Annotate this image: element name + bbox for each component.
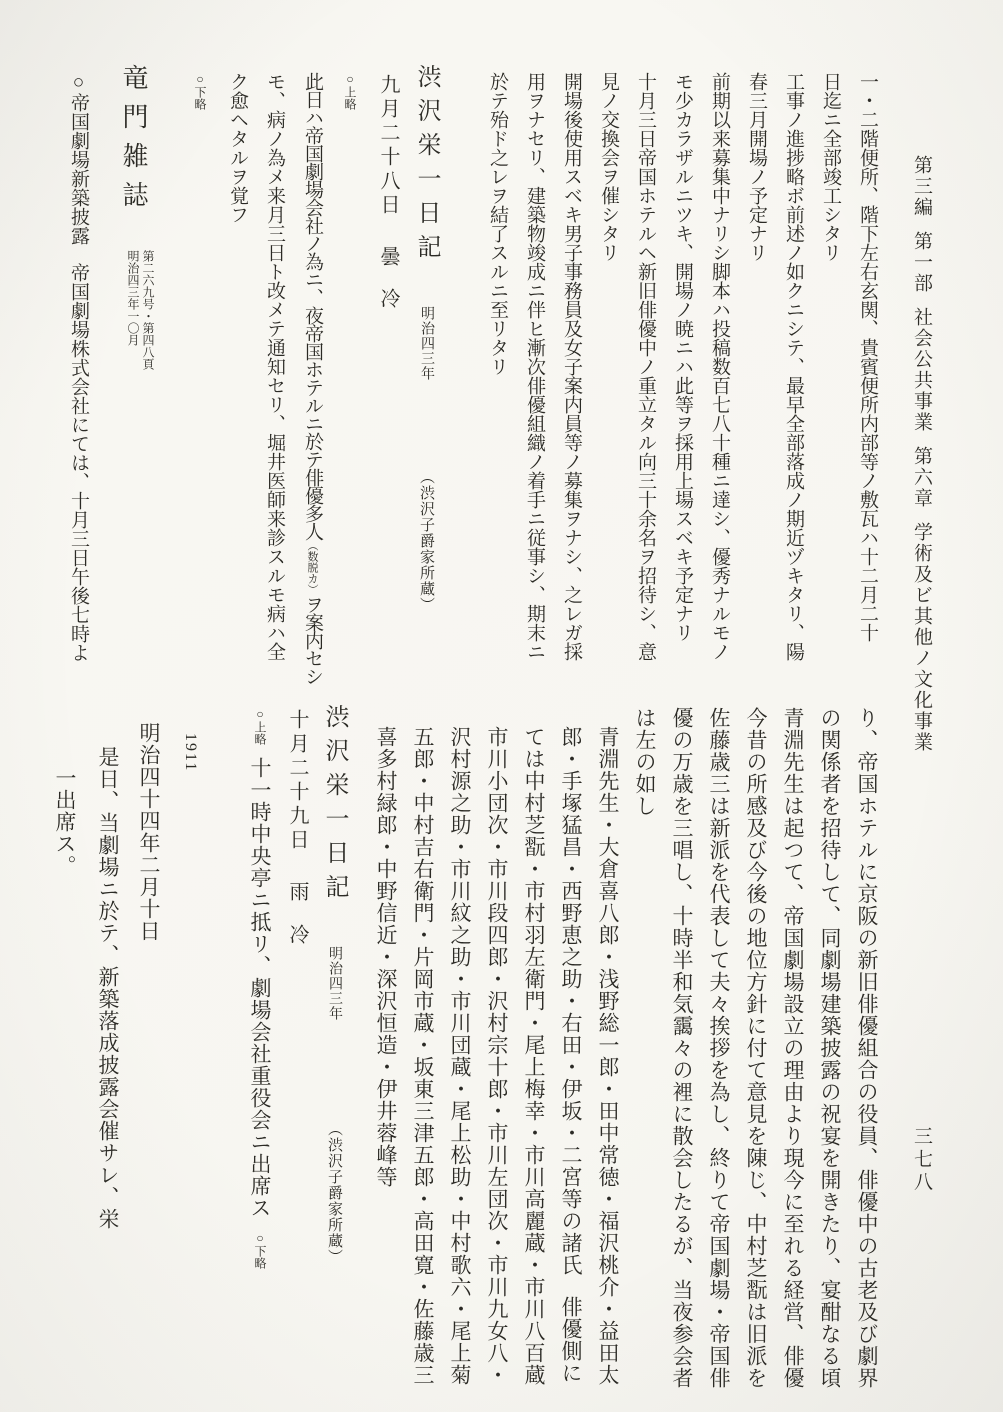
lower-text-block: り、帝国ホテルに京阪の新旧俳優組合の役員、俳優中の古老及び劇界 の関係者を招待し… — [46, 704, 885, 1404]
text-column: モ、病ノ為メ来月三日ト改メテ通知セリ、堀井医師来診スルモ病ハ全 — [256, 64, 293, 689]
section-label: 第一部 — [911, 231, 932, 294]
attendee-list-column: 郎・手塚猛昌・西野恵之助・右田・伊坂・二宮等の諸氏俳優側に — [552, 704, 589, 1404]
weather-note: 曇 — [377, 246, 399, 266]
diary-date: 九月二十八日 — [377, 74, 399, 218]
attendee-list-column: 青淵先生・大倉喜八郎・浅野総一郎・田中常徳・福沢桃介・益田太 — [589, 704, 626, 1404]
chapter-header-line: 第三編第一部社会公共事業第六章学術及ビ其他ノ文化事業 — [903, 155, 940, 753]
diary-source-note: （渋沢子爵家所蔵） — [326, 1121, 342, 1265]
weather-note: 雨 — [286, 881, 308, 902]
article-body: 帝国劇場株式会社にては、十月三日午後七時よ — [68, 263, 89, 662]
publication-year: 1911 — [182, 733, 199, 772]
chapter-header: 第三編第一部社会公共事業第六章学術及ビ其他ノ文化事業 — [903, 155, 940, 753]
attendee-list-column: 五郎・中村吉右衛門・片岡市蔵・坂東三津五郎・高田寛・佐藤歳三 — [404, 704, 441, 1404]
ellipsis-lower-mark: ○下略 — [253, 1231, 267, 1269]
diary-date-column: 十月二十九日雨冷 — [278, 704, 315, 1404]
attendee-list-text: 郎・手塚猛昌・西野恵之助・右田・伊坂・二宮等の諸氏 — [559, 726, 583, 1276]
weather-note: 冷 — [377, 288, 399, 308]
scanned-book-page: 第三編第一部社会公共事業第六章学術及ビ其他ノ文化事業 三七八 一・二階便所、階下… — [0, 0, 1003, 1412]
upper-text-block: 一・二階便所、階下左右玄関、貴賓便所内部等ノ敷瓦ハ十二月二十 日迄ニ全部竣工シタ… — [60, 64, 886, 689]
text-column: 前期以来募集中ナリシ脚本ハ投稿数百七八十種ニ達シ、優秀ナルモノ — [701, 64, 738, 689]
text-column: 十月三日帝国ホテルヘ新旧俳優中ノ重立タル向三十余名ヲ招待シ、意 — [627, 64, 664, 689]
diary-heading-column: 渋沢栄一日記明治四三年（渋沢子爵家所蔵） — [407, 64, 445, 689]
diary-source-note: （渋沢子爵家所蔵） — [418, 469, 434, 613]
text-column: 佐藤歳三は新派を代表して夫々挨拶を為し、終りて帝国劇場・帝国俳 — [700, 704, 737, 1404]
text-column: 一出席ス。 — [46, 704, 83, 1404]
diary-entry-column: 此日ハ帝国劇場会社ノ為ニ、夜帝国ホテルニ於テ俳優多人（数脱カ）ヲ案内セシ — [293, 64, 331, 689]
chapter-label: 第六章 — [911, 446, 932, 509]
attendee-list-column: 沢村源之助・市川紋之助・市川団蔵・尾上松助・中村歌六・尾上菊 — [441, 704, 478, 1404]
diary-date-column: 九月二十八日曇冷 — [369, 64, 407, 689]
page-number: 三七八 — [903, 1126, 940, 1195]
attendee-list-column: 喜多村緑郎・中野信近・深沢恒造・伊井蓉峰等 — [367, 704, 404, 1404]
diary-title: 渋沢栄一日記 — [413, 64, 439, 268]
diary-entry-column: ○上略十一時中央亭ニ抵リ、劇場会社重役会ニ出席ス○下略 — [241, 704, 278, 1404]
date-line-column: 明治四十四年二月十日 — [130, 704, 167, 1404]
text-column: 開場後使用スベキ男子事務員及女子案内員等ノ募集ヲナシ、之レガ採 — [553, 64, 590, 689]
text-column: 見ノ交換会ヲ催シタリ — [590, 64, 627, 689]
text-column: 用ヲナセリ、建築物竣成ニ伴ヒ漸次俳優組織ノ着手ニ従事シ、期末ニ — [516, 64, 553, 689]
text-column: り、帝国ホテルに京阪の新旧俳優組合の役員、俳優中の古老及び劇界 — [848, 704, 885, 1404]
diary-era-note: 明治四三年 — [327, 946, 342, 1021]
ellipsis-upper-mark: ○上略 — [253, 707, 267, 745]
text-column: 是日、当劇場ニ於テ、新築落成披露会催サレ、栄 — [89, 704, 126, 1404]
text-column: の関係者を招待して、同劇場建築披露の祝宴を開きたり、宴酣なる頃 — [811, 704, 848, 1404]
diary-title: 渋沢栄一日記 — [321, 704, 347, 908]
magazine-issue-note: 第二六九号・第四八頁 — [140, 250, 155, 370]
text-column: 工事ノ進捗略ボ前述ノ如クニシテ、最早全部落成ノ期近ヅキタリ、陽 — [775, 64, 812, 689]
text-column: 一・二階便所、階下左右玄関、貴賓便所内部等ノ敷瓦ハ十二月二十 — [849, 64, 886, 689]
warichu-note: （数脱カ） — [306, 540, 318, 595]
weather-note: 冷 — [286, 924, 308, 945]
text-column: 今昔の所感及び今後の地位方針に付て意見を陳じ、中村芝翫は旧派を — [737, 704, 774, 1404]
text-column: 優の万歳を三唱し、十時半和気靄々の裡に散会したるが、当夜参会者 — [663, 704, 700, 1404]
attendee-list-column: ては中村芝翫・市村羽左衛門・尾上梅幸・市川高麗蔵・市川八百蔵 — [515, 704, 552, 1404]
ellipsis-upper-mark: ○上略 — [343, 72, 357, 110]
ellipsis-lower-column: ○下略 — [181, 64, 219, 689]
year-column: 1911 — [171, 704, 209, 1404]
magazine-date-note: 明治四三年一〇月 — [125, 250, 140, 370]
diary-era-note: 明治四三年 — [419, 306, 434, 381]
text-column: は左の如し — [626, 704, 663, 1404]
magazine-citation: 第二六九号・第四八頁明治四三年一〇月 — [125, 250, 155, 370]
text-column: 日迄ニ全部竣工シタリ — [812, 64, 849, 689]
category-label: 社会公共事業 — [911, 307, 932, 433]
text-column: ク愈ヘタルヲ覚フ — [219, 64, 256, 689]
chapter-title: 学術及ビ其他ノ文化事業 — [911, 522, 932, 753]
attendee-list-text: 俳優側に — [559, 1296, 583, 1384]
diary-heading-column: 渋沢栄一日記明治四三年（渋沢子爵家所蔵） — [315, 704, 353, 1404]
part-label: 第三編 — [911, 155, 932, 218]
ellipsis-upper-column: ○上略 — [331, 64, 369, 689]
page-number-text: 三七八 — [903, 1126, 940, 1195]
magazine-heading-column: 竜門雑誌第二六九号・第四八頁明治四三年一〇月 — [115, 64, 155, 689]
magazine-title: 竜門雑誌 — [119, 64, 148, 220]
text-column: 於テ殆ド之レヲ結了スルニ至リタリ — [479, 64, 516, 689]
text-column: モ少カラザルニツキ、開場ノ暁ニハ此等ヲ採用上場スベキ予定ナリ — [664, 64, 701, 689]
attendee-list-column: 市川小団次・市川段四郎・沢村宗十郎・市川左団次・市川九女八・ — [478, 704, 515, 1404]
diary-date: 十月二十九日 — [286, 709, 308, 853]
diary-entry-text: ヲ案内セシ — [302, 595, 323, 685]
diary-entry-text: 此日ハ帝国劇場会社ノ為ニ、夜帝国ホテルニ於テ俳優多人 — [302, 72, 323, 540]
text-column: 青淵先生は起つて、帝国劇場設立の理由より現今に至れる経営、俳優 — [774, 704, 811, 1404]
diary-entry-text: 十一時中央亭ニ抵リ、劇場会社重役会ニ出席ス — [248, 757, 272, 1219]
text-column: 春三月開場ノ予定ナリ — [738, 64, 775, 689]
ellipsis-lower-mark: ○下略 — [193, 72, 207, 110]
article-heading: ○帝国劇場新築披露 — [68, 72, 89, 245]
article-column: ○帝国劇場新築披露帝国劇場株式会社にては、十月三日午後七時よ — [60, 64, 97, 689]
